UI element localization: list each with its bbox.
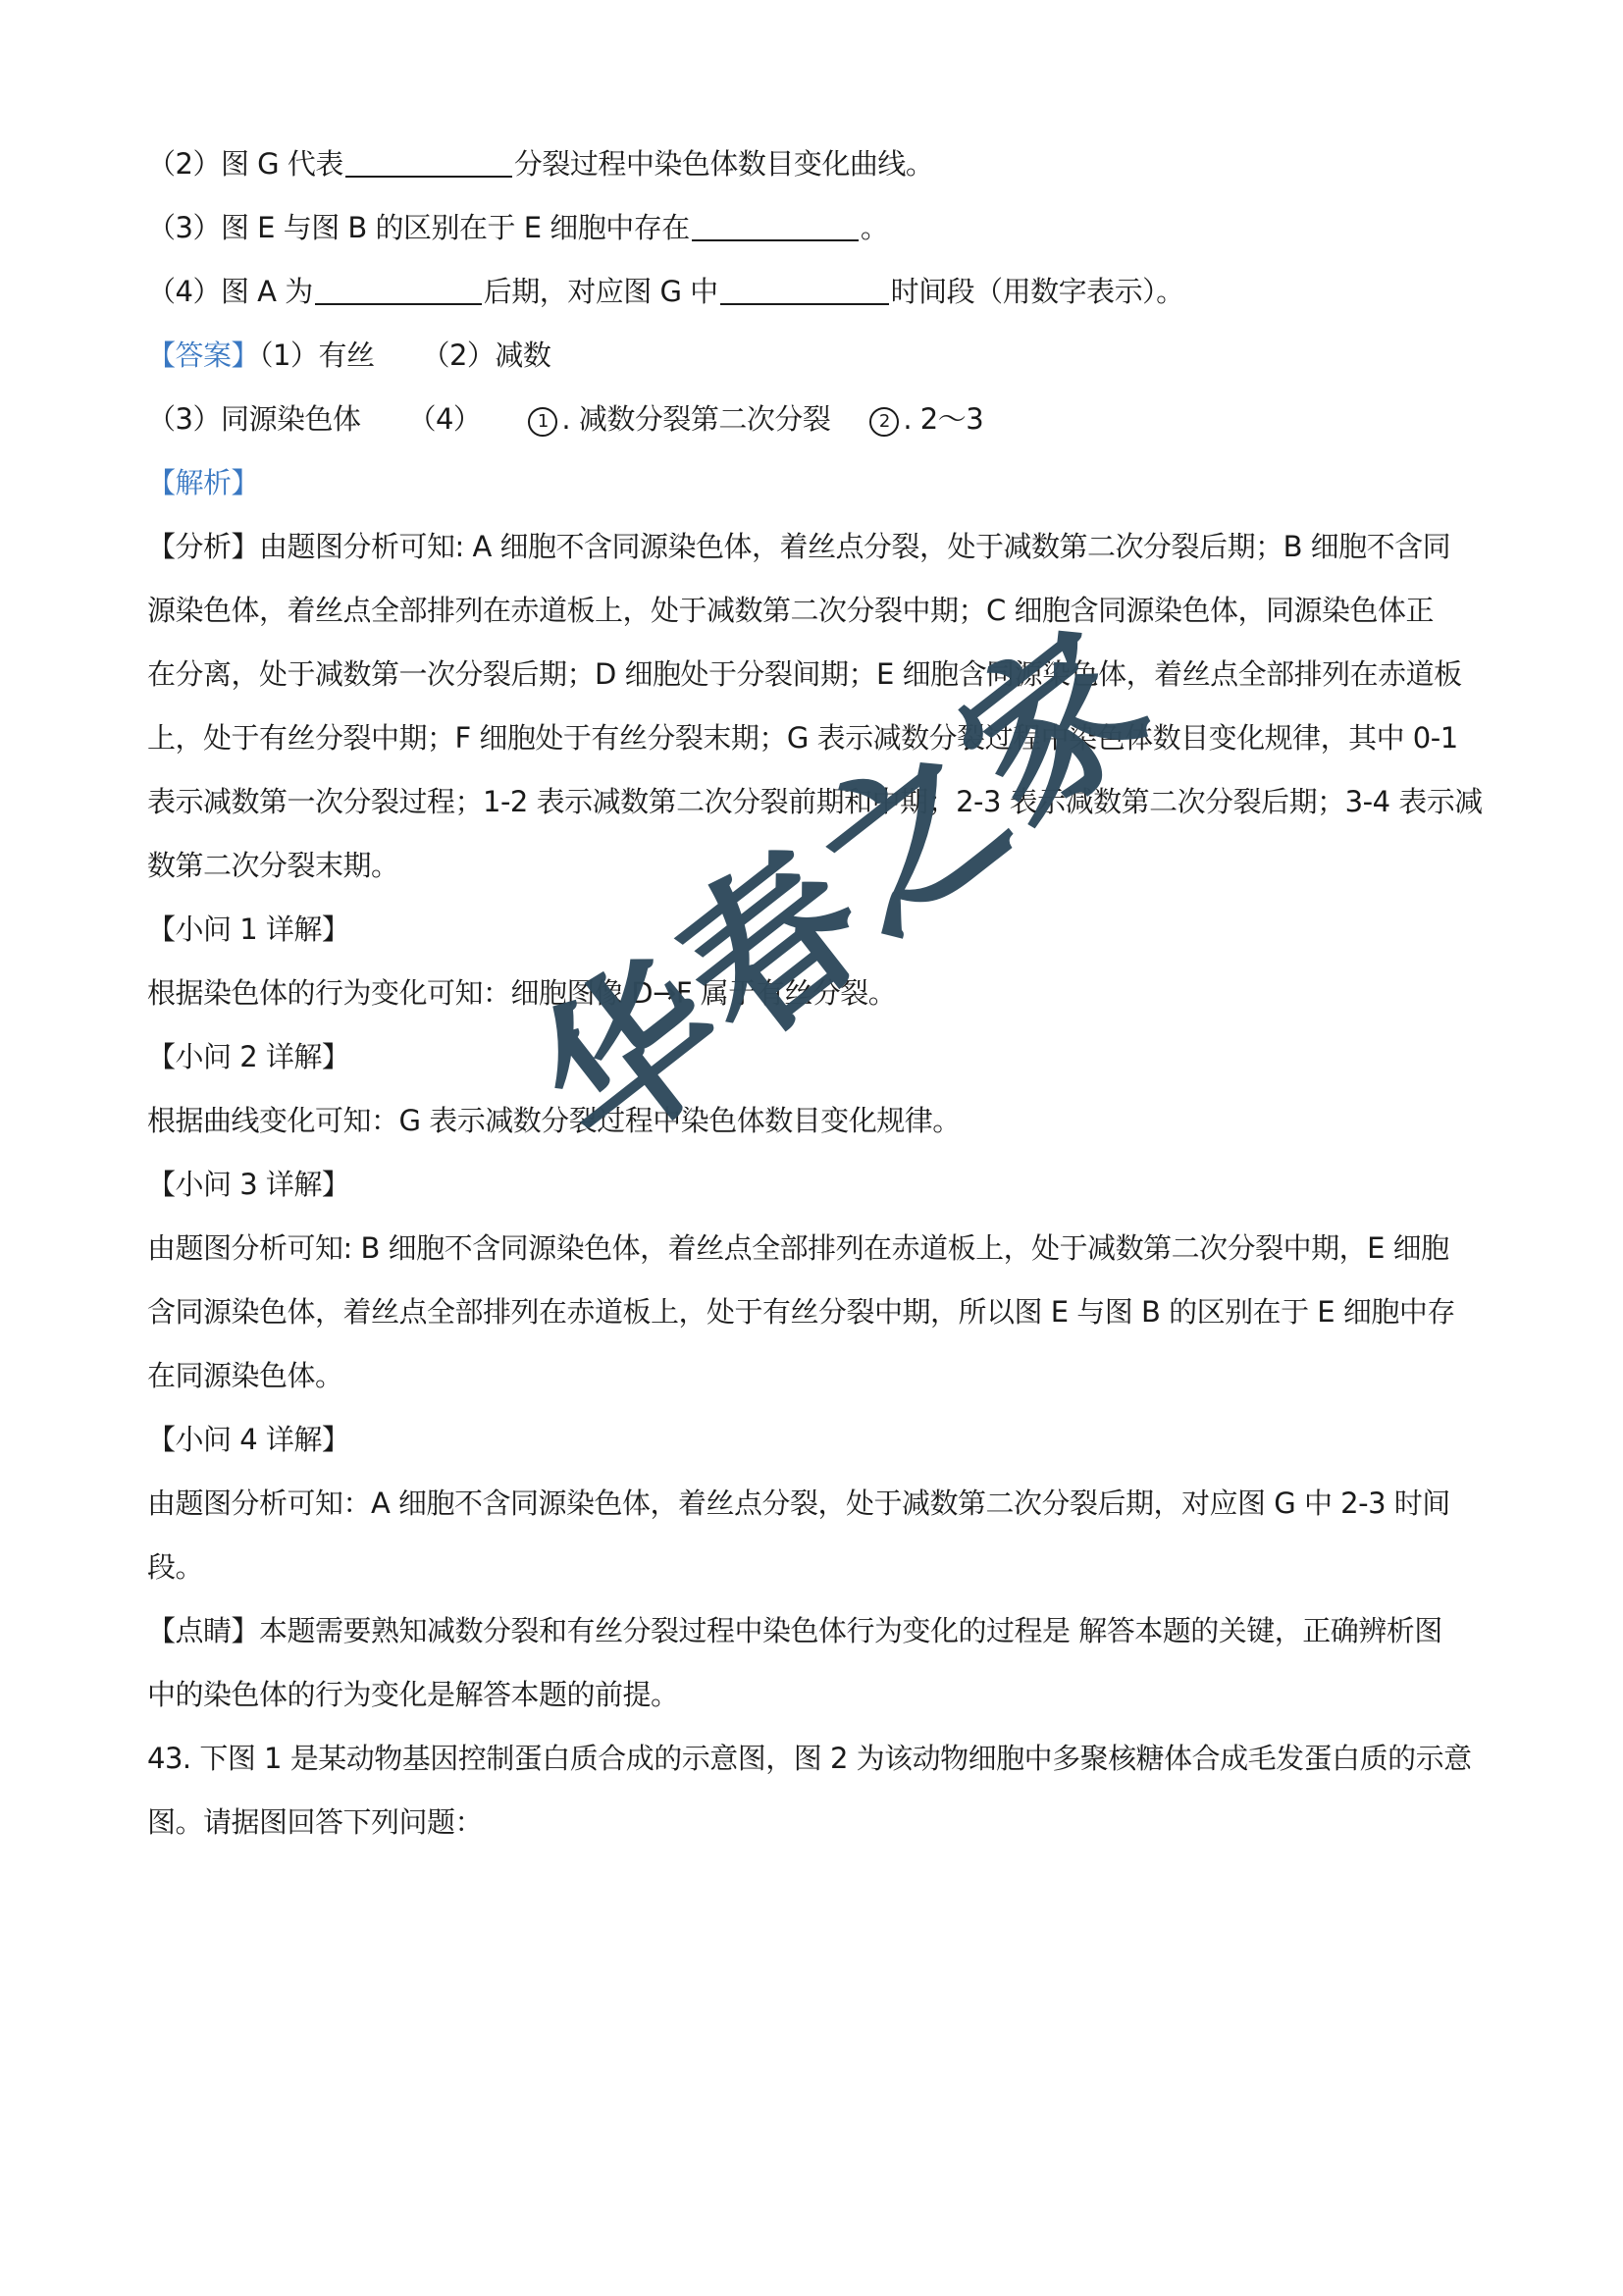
circled-number-1-icon: 1: [528, 407, 557, 437]
question-text: 分裂过程中染色体数目变化曲线。: [514, 147, 934, 181]
section-title: 【小问 1 详解】: [147, 913, 349, 946]
detail-3-text: 含同源染色体，着丝点全部排列在赤道板上，处于有丝分裂中期，所以图 E 与图 B …: [147, 1280, 1487, 1344]
analysis-label: 【解析】: [147, 466, 259, 499]
section-title: 【小问 2 详解】: [147, 1040, 349, 1073]
question-3: （3）图 E 与图 B 的区别在于 E 细胞中存在。: [147, 196, 1487, 260]
analysis-line: 数第二次分裂末期。: [147, 834, 1487, 898]
answer-line-2: （3）同源染色体（4）1. 减数分裂第二次分裂2. 2～3: [147, 388, 1487, 451]
comment-line: 【点睛】本题需要熟知减数分裂和有丝分裂过程中染色体行为变化的过程是 解答本题的关…: [147, 1599, 1487, 1663]
detail-3-text: 由题图分析可知: B 细胞不含同源染色体，着丝点全部排列在赤道板上，处于减数第二…: [147, 1217, 1487, 1280]
answer-text: . 减数分裂第二次分裂: [561, 402, 830, 436]
comment-label: 【点睛】: [147, 1614, 259, 1647]
paragraph-text: 上，处于有丝分裂中期；F 细胞处于有丝分裂末期；G 表示减数分裂过程中染色体数目…: [147, 721, 1458, 755]
circled-number-2-icon: 2: [869, 407, 899, 437]
paragraph-text: 在同源染色体。: [147, 1359, 343, 1392]
analysis-line: 源染色体，着丝点全部排列在赤道板上，处于减数第二次分裂中期；C 细胞含同源染色体…: [147, 579, 1487, 643]
answer-blank: [345, 144, 512, 178]
paragraph-text: 中的染色体的行为变化是解答本题的前提。: [147, 1678, 679, 1711]
section-title: 【小问 3 详解】: [147, 1168, 349, 1201]
question-text: 。: [861, 211, 889, 244]
analysis-heading: 【解析】: [147, 451, 1487, 515]
detail-3-title: 【小问 3 详解】: [147, 1153, 1487, 1217]
answer-text: （1）有丝: [259, 339, 374, 372]
paragraph-text: 由题图分析可知：A 细胞不含同源染色体，着丝点分裂，处于减数第二次分裂后期，对应…: [147, 1487, 1450, 1520]
paragraph-text: 含同源染色体，着丝点全部排列在赤道板上，处于有丝分裂中期，所以图 E 与图 B …: [147, 1295, 1455, 1329]
detail-1-title: 【小问 1 详解】: [147, 898, 1487, 962]
question-text: 图。请据图回答下列问题：: [147, 1805, 483, 1839]
question-43: 43. 下图 1 是某动物基因控制蛋白质合成的示意图，图 2 为该动物细胞中多聚…: [147, 1727, 1487, 1791]
question-43: 图。请据图回答下列问题：: [147, 1791, 1487, 1854]
detail-2-title: 【小问 2 详解】: [147, 1025, 1487, 1089]
detail-3-text: 在同源染色体。: [147, 1344, 1487, 1408]
paragraph-text: 表示减数第一次分裂过程；1-2 表示减数第二次分裂前期和中期；2-3 表示减数第…: [147, 785, 1483, 818]
analysis-line: 在分离，处于减数第一次分裂后期；D 细胞处于分裂间期；E 细胞含同源染色体，着丝…: [147, 643, 1487, 706]
paragraph-text: 段。: [147, 1550, 203, 1584]
paragraph-text: 根据曲线变化可知：G 表示减数分裂过程中染色体数目变化规律。: [147, 1104, 961, 1137]
question-text: （3）图 E 与图 B 的区别在于 E 细胞中存在: [147, 211, 690, 244]
answer-line-1: 【答案】（1）有丝（2）减数: [147, 324, 1487, 388]
answer-text: （3）同源染色体: [147, 402, 360, 436]
paragraph-text: 由题图分析可知: A 细胞不含同源染色体，着丝点分裂，处于减数第二次分裂后期；B…: [259, 530, 1450, 563]
detail-4-text: 段。: [147, 1536, 1487, 1599]
paragraph-text: 本题需要熟知减数分裂和有丝分裂过程中染色体行为变化的过程是 解答本题的关键，正确…: [259, 1614, 1442, 1647]
paragraph-text: 在分离，处于减数第一次分裂后期；D 细胞处于分裂间期；E 细胞含同源染色体，着丝…: [147, 657, 1462, 691]
question-text: 43. 下图 1 是某动物基因控制蛋白质合成的示意图，图 2 为该动物细胞中多聚…: [147, 1742, 1472, 1775]
analysis-line: 【分析】由题图分析可知: A 细胞不含同源染色体，着丝点分裂，处于减数第二次分裂…: [147, 515, 1487, 579]
analysis-sub-label: 【分析】: [147, 530, 259, 563]
paragraph-text: 由题图分析可知: B 细胞不含同源染色体，着丝点全部排列在赤道板上，处于减数第二…: [147, 1231, 1449, 1265]
paragraph-text: 根据染色体的行为变化可知：细胞图像 D→F 属于有丝分裂。: [147, 976, 896, 1010]
paragraph-text: 数第二次分裂末期。: [147, 849, 399, 882]
answer-blank: [315, 272, 482, 305]
question-2: （2）图 G 代表分裂过程中染色体数目变化曲线。: [147, 132, 1487, 196]
detail-4-text: 由题图分析可知：A 细胞不含同源染色体，着丝点分裂，处于减数第二次分裂后期，对应…: [147, 1472, 1487, 1536]
answer-label: 【答案】: [147, 339, 259, 372]
comment-line: 中的染色体的行为变化是解答本题的前提。: [147, 1663, 1487, 1727]
detail-1-text: 根据染色体的行为变化可知：细胞图像 D→F 属于有丝分裂。: [147, 962, 1487, 1025]
question-text: （2）图 G 代表: [147, 147, 343, 181]
question-4: （4）图 A 为后期，对应图 G 中时间段（用数字表示）。: [147, 260, 1487, 324]
document-page: （2）图 G 代表分裂过程中染色体数目变化曲线。 （3）图 E 与图 B 的区别…: [147, 132, 1487, 1854]
analysis-paragraph: 【分析】由题图分析可知: A 细胞不含同源染色体，着丝点分裂，处于减数第二次分裂…: [147, 515, 1487, 898]
question-text: 后期，对应图 G 中: [484, 275, 718, 308]
answer-blank: [720, 272, 889, 305]
paragraph-text: 源染色体，着丝点全部排列在赤道板上，处于减数第二次分裂中期；C 细胞含同源染色体…: [147, 594, 1434, 627]
answer-text: （2）减数: [421, 339, 550, 372]
section-title: 【小问 4 详解】: [147, 1423, 349, 1456]
question-text: （4）图 A 为: [147, 275, 313, 308]
answer-text: （4）: [407, 402, 481, 436]
answer-blank: [692, 208, 859, 241]
detail-2-text: 根据曲线变化可知：G 表示减数分裂过程中染色体数目变化规律。: [147, 1089, 1487, 1153]
analysis-line: 表示减数第一次分裂过程；1-2 表示减数第二次分裂前期和中期；2-3 表示减数第…: [147, 770, 1487, 834]
question-text: 时间段（用数字表示）。: [891, 275, 1184, 308]
answer-text: . 2～3: [903, 402, 983, 436]
analysis-line: 上，处于有丝分裂中期；F 细胞处于有丝分裂末期；G 表示减数分裂过程中染色体数目…: [147, 706, 1487, 770]
detail-4-title: 【小问 4 详解】: [147, 1408, 1487, 1472]
